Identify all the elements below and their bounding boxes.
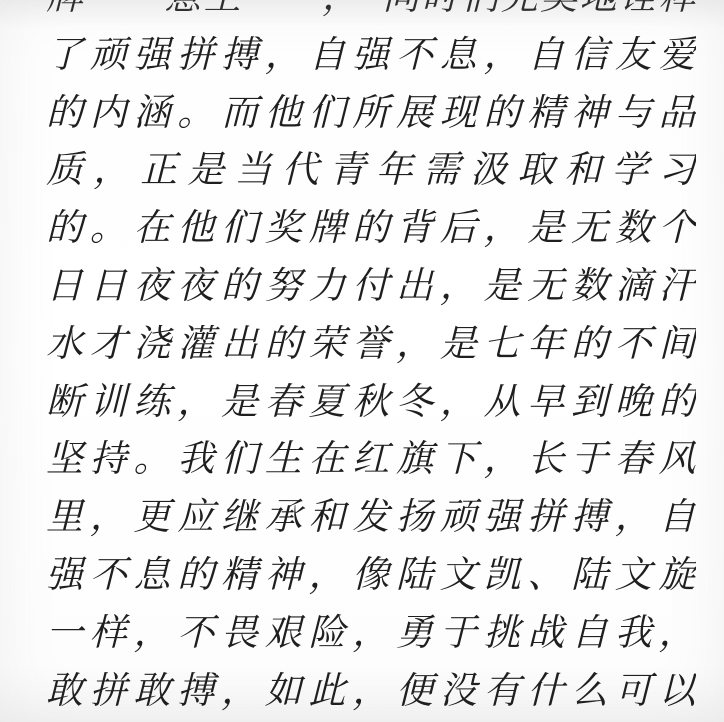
handwritten-line: 坚持。我们生在红旗下，长于春风 xyxy=(46,430,696,488)
handwritten-line: 的内涵。而他们所展现的精神与品 xyxy=(46,84,696,142)
handwritten-line: 敢拼敢搏，如此，便没有什么可以 xyxy=(46,662,696,720)
handwritten-line: 里，更应继承和发扬顽强拼搏，自 xyxy=(46,488,696,546)
handwritten-line-cropped: 牌 意上 ， 同时们完美地诠释 xyxy=(46,0,696,26)
handwritten-line: 日日夜夜的努力付出，是无数滴汗 xyxy=(46,257,696,315)
handwritten-essay: 牌 意上 ， 同时们完美地诠释 了顽强拼搏，自强不息，自信友爱 的内涵。而他们所… xyxy=(0,0,724,719)
handwritten-line: 一样，不畏艰险，勇于挑战自我， xyxy=(46,604,696,662)
handwritten-line: 断训练，是春夏秋冬，从早到晚的 xyxy=(46,373,696,431)
handwritten-line: 强不息的精神，像陆文凯、陆文旋 xyxy=(46,546,696,604)
photographed-page: 牌 意上 ， 同时们完美地诠释 了顽强拼搏，自强不息，自信友爱 的内涵。而他们所… xyxy=(0,0,724,722)
handwritten-line: 了顽强拼搏，自强不息，自信友爱 xyxy=(46,26,696,84)
handwritten-line: 的。在他们奖牌的背后，是无数个 xyxy=(46,199,696,257)
handwritten-line: 水才浇灌出的荣誉，是七年的不间 xyxy=(46,315,696,373)
handwritten-line: 质，正是当代青年需汲取和学习 xyxy=(46,141,696,199)
